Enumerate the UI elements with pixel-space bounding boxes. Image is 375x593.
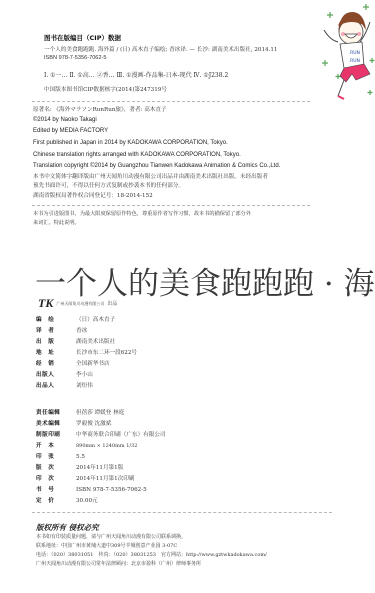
credit-key: 书 号 [36, 486, 76, 495]
footer-line2: 联系地址：中国广州市黄埔大道中309号羊城创意产业园 3-07C [36, 542, 177, 551]
original-title: 原著名: 《海外マラソンRunRun旅》，著者: 高木直子 [33, 106, 167, 115]
credit-row: 出品人刘烜伟 [36, 382, 93, 391]
credit-row: 定 价30.00元 [36, 497, 98, 506]
credit-key: 编 绘 [36, 316, 76, 325]
credit-value: 2014年11月第1次印刷 [76, 475, 134, 484]
credit-row: 印 次2014年11月第1次印刷 [36, 475, 134, 484]
cip-isbn: ISBN 978-7-5356-7062-5 [44, 54, 107, 63]
tk-logo-icon: TK [38, 296, 53, 311]
credit-value: 罗毅俊 沈激斌 [76, 420, 111, 429]
credit-key: 责任编辑 [36, 409, 76, 418]
credit-value: 湖南美术出版社 [76, 338, 115, 347]
credit-value: 长沙市东二环一段622号 [76, 349, 137, 358]
credit-key: 制版印刷 [36, 431, 76, 440]
credit-value: 香冰 [76, 327, 87, 336]
divider [32, 512, 332, 513]
credit-value: 30.00元 [76, 497, 98, 506]
publisher-logo: TK 广州天闻角川动漫有限公司 出品 [38, 296, 117, 311]
credit-value: 5.5 [76, 453, 85, 462]
credit-row: 印 张5.5 [36, 453, 85, 462]
credit-row: 译 者香冰 [36, 327, 87, 336]
first-published-line: First published in Japan in 2014 by KADO… [33, 138, 228, 149]
footer-line1: 本书如有印装质量问题，请与广州天闻角川动漫有限公司联系调换。 [36, 533, 186, 542]
credit-value: 2014年11月第1版 [76, 464, 123, 473]
shirt-text: RUN [350, 58, 360, 64]
credit-row: 制版印刷中华商务联合印刷（广东）有限公司 [36, 431, 166, 440]
copyright-line: ©2014 by Naoko Takagi [33, 115, 97, 126]
registration-number: 湖南省版权局著作权合同登记号：18-2014-152 [33, 192, 153, 201]
footer-line3: 电话：（020）38031051 传真：（020）38031253 官方网站：h… [36, 551, 267, 560]
credit-key: 地 址 [36, 349, 76, 358]
note-line2: 来词汇。特此说明。 [33, 219, 80, 228]
rights-reserved-heading: 版权所有 侵权必究 [36, 522, 99, 533]
credit-key: 译 者 [36, 327, 76, 336]
credit-key: 出版人 [36, 371, 76, 380]
footer-line4: 广州天闻角川动漫有限公司常年法律顾问：北京市盈科（广州）律师事务所 [36, 560, 201, 569]
credit-row: 地 址长沙市东二环一段622号 [36, 349, 137, 358]
credit-key: 印 次 [36, 475, 76, 484]
credit-value: 890mm × 1240mm 1/32 [76, 442, 137, 451]
credit-value: 李小山 [76, 371, 93, 380]
credit-value: 中华商务联合印刷（广东）有限公司 [76, 431, 166, 440]
credit-value: 但蓓莎 谭媛登 林庭 [76, 409, 124, 418]
translation-copyright-line: Translation copyright ©2014 by Guangzhou… [33, 161, 280, 172]
credit-row: 版 次2014年11月第1版 [36, 464, 123, 473]
note-line1: 本书为引进版图书，为最大限度保留原作特色，尊重原作者写作习惯，故本书的描保留了部… [33, 210, 251, 219]
chinese-rights-line2: 预先书面许可，不得以任何方式复制或抄袭本书的任何部分。 [33, 182, 184, 191]
chinese-rights-line1: 本书中文简体字翻译版由广州天闻角川动漫有限公司出品并由湖南美术出版社出版。未经出… [33, 173, 268, 182]
edited-line: Edited by MEDIA FACTORY [33, 126, 108, 137]
credit-row: 出版人李小山 [36, 371, 93, 380]
credit-row: 经 销全国新华书店 [36, 360, 110, 369]
divider [32, 205, 310, 206]
credit-key: 经 销 [36, 360, 76, 369]
running-girl-illustration: RUN RUN [300, 2, 375, 102]
publisher-suffix: 出品 [107, 300, 117, 307]
credit-value: （日）高木直子 [76, 316, 115, 325]
credit-row: 书 号ISBN 978-7-5356-7062-5 [36, 486, 147, 495]
credit-row: 美术编辑罗毅俊 沈激斌 [36, 420, 111, 429]
publisher-company: 广州天闻角川动漫有限公司 [56, 301, 104, 306]
divider [32, 101, 310, 102]
credit-key: 出品人 [36, 382, 76, 391]
cip-classification: Ⅰ. ①一… Ⅱ. ①高… ②香… Ⅲ. ①漫画-作品集-日本-现代 Ⅳ. ①J… [44, 71, 228, 80]
credit-row: 编 绘（日）高木直子 [36, 316, 115, 325]
cip-record: 中国版本图书馆CIP数据核字(2014)第247319号 [44, 86, 167, 95]
credit-row: 开 本890mm × 1240mm 1/32 [36, 442, 137, 451]
credit-key: 印 张 [36, 453, 76, 462]
credit-value: 全国新华书店 [76, 360, 110, 369]
shirt-text: RUN [350, 50, 360, 56]
credit-value: ISBN 978-7-5356-7062-5 [76, 486, 147, 495]
cip-heading: 图书在版编目（CIP）数据 [44, 33, 121, 42]
credit-row: 出 版湖南美术出版社 [36, 338, 115, 347]
translation-rights-line: Chinese translation rights arranged with… [33, 150, 241, 161]
credit-key: 开 本 [36, 442, 76, 451]
credit-key: 美术编辑 [36, 420, 76, 429]
credit-row: 责任编辑但蓓莎 谭媛登 林庭 [36, 409, 124, 418]
credit-key: 定 价 [36, 497, 76, 506]
credit-key: 出 版 [36, 338, 76, 347]
credit-key: 版 次 [36, 464, 76, 473]
credit-value: 刘烜伟 [76, 382, 93, 391]
